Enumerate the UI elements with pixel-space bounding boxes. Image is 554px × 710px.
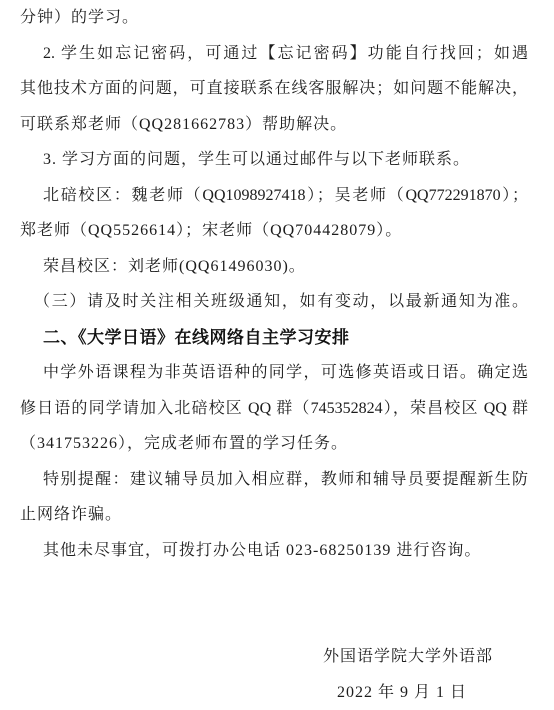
- text-line: 特别提醒：建议辅导员加入相应群，教师和辅导员要提醒新生防: [43, 462, 528, 498]
- text-line: （三）请及时关注相关班级通知，如有变动，以最新通知为准。: [34, 284, 528, 320]
- document-text-block: 分钟）的学习。2. 学生如忘记密码，可通过【忘记密码】功能自行找回；如遇其他技术…: [20, 0, 528, 710]
- blank-line: [20, 568, 528, 604]
- date-line: 2022 年 9 月 1 日: [20, 675, 467, 710]
- section-heading: 二、《大学日语》在线网络自主学习安排: [43, 320, 528, 356]
- document-page: 分钟）的学习。2. 学生如忘记密码，可通过【忘记密码】功能自行找回；如遇其他技术…: [0, 0, 554, 710]
- text-line: 分钟）的学习。: [20, 0, 528, 36]
- text-line: 3. 学习方面的问题，学生可以通过邮件与以下老师联系。: [43, 142, 528, 178]
- text-line: 北碚校区：魏老师（QQ1098927418）；吴老师（QQ772291870）；: [43, 178, 528, 214]
- text-line: 荣昌校区：刘老师(QQ61496030)。: [43, 249, 528, 285]
- text-line: 修日语的同学请加入北碚校区 QQ 群（745352824），荣昌校区 QQ 群: [20, 391, 528, 427]
- text-line: 2. 学生如忘记密码，可通过【忘记密码】功能自行找回；如遇: [43, 36, 528, 72]
- text-line: 郑老师（QQ5526614）；宋老师（QQ704428079）。: [20, 213, 528, 249]
- text-line: 其他未尽事宜，可拨打办公电话 023-68250139 进行咨询。: [43, 533, 528, 569]
- text-line: 中学外语课程为非英语语种的同学，可选修英语或日语。确定选: [43, 355, 528, 391]
- text-line: 止网络诈骗。: [20, 497, 528, 533]
- text-line: 可联系郑老师（QQ281662783）帮助解决。: [20, 107, 528, 143]
- text-line: （341753226），完成老师布置的学习任务。: [20, 426, 528, 462]
- blank-line: [20, 604, 528, 640]
- text-line: 其他技术方面的问题，可直接联系在线客服解决；如问题不能解决，: [20, 71, 528, 107]
- signature-line: 外国语学院大学外语部: [20, 639, 493, 675]
